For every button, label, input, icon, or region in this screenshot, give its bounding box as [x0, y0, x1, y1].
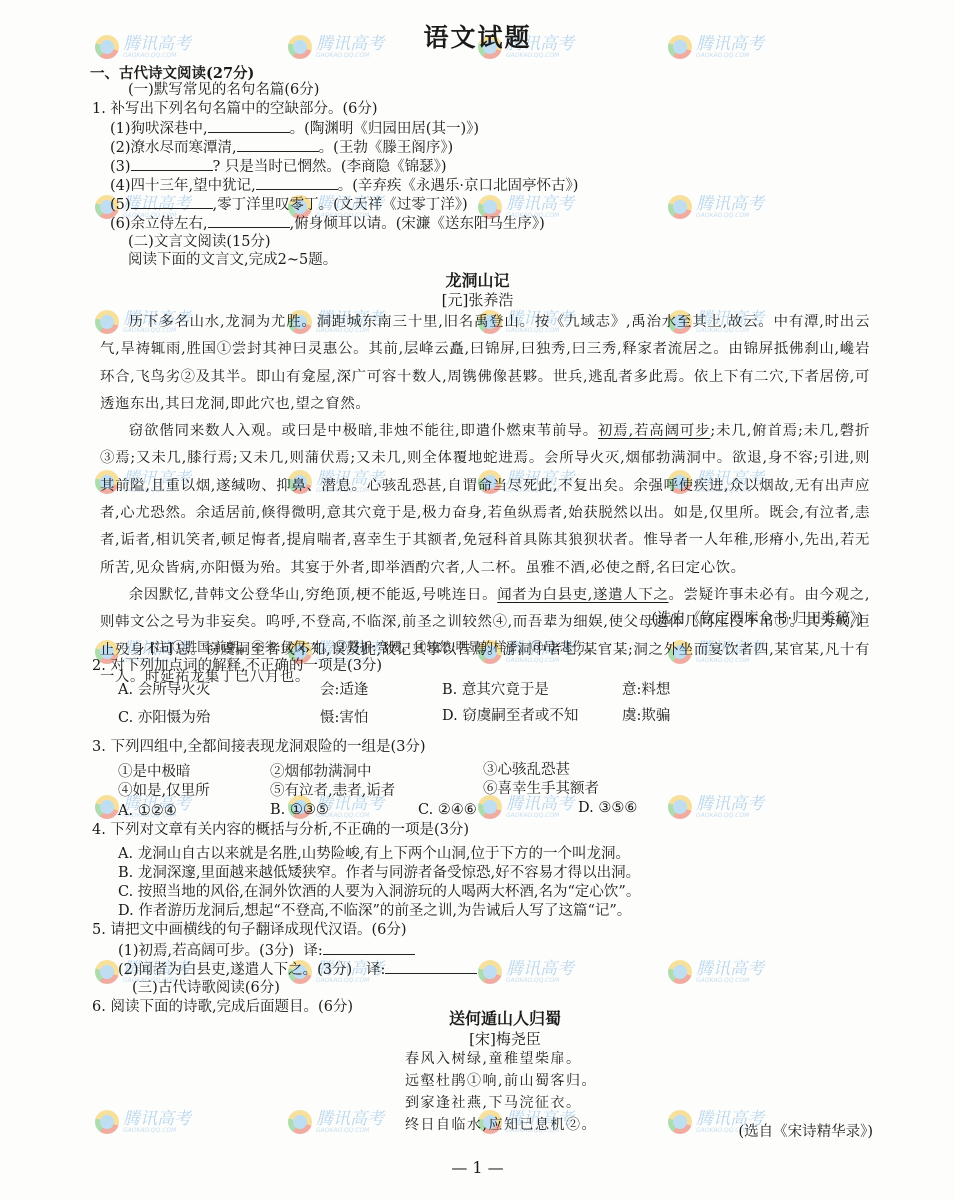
q5-prompt: 5. 请把文中画横线的句子翻译成现代汉语。(6分)	[92, 920, 406, 940]
q5-item-2: (2)闻者为白县吏,遂遣人下之。(3分) 译:	[118, 959, 477, 980]
passage-title: 龙洞山记	[0, 268, 955, 291]
q4-option-c[interactable]: C. 按照当地的风俗,在洞外饮酒的人要为入洞游玩的人喝两大杯酒,名为“定心饮”。	[118, 882, 640, 902]
watermark-logo: 腾讯高考GAOKAO.QQ.COM	[668, 960, 764, 984]
q1-prompt: 1. 补写出下列名句名篇中的空缺部分。(6分)	[92, 99, 377, 119]
q4-option-b[interactable]: B. 龙洞深邃,里面越来越低矮狭窄。作者与同游者备受惊恐,好不容易才得以出洞。	[118, 863, 640, 883]
watermark-logo: 腾讯高考GAOKAO.QQ.COM	[668, 795, 764, 819]
answer-blank[interactable]	[131, 156, 213, 171]
page-title: 语文试题	[0, 18, 955, 54]
q4-option-d[interactable]: D. 作者游历龙洞后,想起“不登高,不临深”的前圣之训,为告诫后人写了这篇“记”…	[118, 901, 631, 921]
watermark-logo: 腾讯高考GAOKAO.QQ.COM	[478, 960, 574, 984]
q1-item-1: (1)狗吠深巷中,。(陶渊明《归园田居(其一)》)	[110, 118, 479, 139]
translation-blank[interactable]	[385, 959, 477, 974]
poem-line-1: 春风入树绿,童稚望柴扉。	[405, 1048, 581, 1071]
q3-option-d[interactable]: D. ③⑤⑥	[578, 798, 637, 818]
answer-blank[interactable]	[208, 118, 290, 133]
q2-option-a[interactable]: A. 会所导火灭	[118, 680, 210, 700]
q1-item-4: (4)四十三年,望中犹记,。(辛弃疾《永遇乐·京口北固亭怀古》)	[110, 175, 578, 196]
q4-option-a[interactable]: A. 龙洞山自古以来就是名胜,山势险峻,有上下两个山洞,位于下方的一个叫龙洞。	[118, 844, 630, 864]
underlined-sentence: 闻者为白县吏,遂遣人下之	[497, 587, 668, 603]
q2-gloss-c: 慑:害怕	[320, 708, 368, 728]
tencent-logo-icon	[668, 795, 692, 819]
passage-paragraph-2: 窃欲偕同来数人入观。或曰是中极暗,非烛不能往,即遣仆燃束苇前导。初焉,若高阔可步…	[100, 418, 870, 582]
answer-blank[interactable]	[256, 175, 338, 190]
passage-author: [元]张养浩	[0, 289, 955, 310]
watermark-logo: 腾讯高考GAOKAO.QQ.COM	[95, 1110, 191, 1134]
q2-gloss-a: 会:适逢	[320, 680, 368, 700]
q2-option-b[interactable]: B. 意其穴竟于是	[442, 680, 549, 700]
q3-option-a[interactable]: A. ①②④	[118, 801, 177, 821]
tencent-logo-icon	[478, 960, 502, 984]
poem-source: (选自《宋诗精华录》)	[738, 1122, 873, 1142]
tencent-logo-icon	[95, 1110, 119, 1134]
q3-item-6: ⑥喜幸生手其额者	[483, 779, 599, 799]
poem-title: 送何遁山人归蜀	[430, 1006, 580, 1029]
part1-heading: (一)默写常见的名句名篇(6分)	[128, 80, 319, 100]
tencent-logo-icon	[668, 1110, 692, 1134]
passage-paragraph-1: 历下多名山水,龙洞为尤胜。洞距城东南三十里,旧名禹登山。按《九域志》,禹治水至其…	[100, 309, 870, 418]
part2-heading: (二)文言文阅读(15分)	[128, 232, 271, 252]
passage-notes: [注]①胜国:前朝。②劣:仅仅,才。③磬折:弯腰。④较然:明显的样子。⑤吊:悲伤…	[150, 637, 597, 655]
q3-item-3: ③心骇乱恐甚	[483, 760, 570, 780]
passage-source: (选自《钦定四库全书·归田类稿》)	[651, 609, 863, 629]
q3-item-4: ④如是,仅里所	[118, 781, 210, 801]
answer-blank[interactable]	[237, 137, 319, 152]
q3-prompt: 3. 下列四组中,全都间接表现龙洞艰险的一组是(3分)	[92, 737, 426, 757]
q3-item-1: ①是中极暗	[118, 762, 191, 782]
watermark-logo: 腾讯高考GAOKAO.QQ.COM	[668, 195, 764, 219]
poem-line-3: 到家逢社燕,下马浣征衣。	[405, 1092, 581, 1115]
q1-item-3: (3)? 只是当时已惘然。(李商隐《锦瑟》)	[110, 156, 447, 177]
q2-prompt: 2. 对下列加点词的解释,不正确的一项是(3分)	[92, 656, 382, 676]
tencent-logo-icon	[668, 960, 692, 984]
q1-item-6: (6)余立侍左右,,俯身倾耳以请。(宋濂《送东阳马生序》)	[110, 213, 545, 234]
watermark-logo: 腾讯高考GAOKAO.QQ.COM	[288, 1110, 384, 1134]
q3-item-2: ②烟郁勃满洞中	[270, 762, 372, 782]
answer-blank[interactable]	[208, 213, 290, 228]
q5-item-1: (1)初焉,若高阔可步。(3分) 译:	[118, 940, 415, 961]
underlined-sentence: 初焉,若高阔可步	[598, 423, 710, 439]
q1-item-5: (5),零丁洋里叹零丁。(文天祥《过零丁洋》)	[110, 194, 468, 215]
part2-instruction: 阅读下面的文言文,完成2~5题。	[128, 250, 337, 270]
tencent-logo-icon	[288, 1110, 312, 1134]
passage-body: 历下多名山水,龙洞为尤胜。洞距城东南三十里,旧名禹登山。按《九域志》,禹治水至其…	[100, 309, 870, 691]
q6-prompt: 6. 阅读下面的诗歌,完成后面题目。(6分)	[92, 997, 353, 1017]
q3-option-b[interactable]: B. ①③⑤	[270, 800, 329, 820]
poem-author: [宋]梅尧臣	[430, 1028, 580, 1049]
answer-blank[interactable]	[131, 194, 213, 209]
q2-gloss-b: 意:料想	[622, 680, 670, 700]
poem-line-2: 远壑杜鹃①响,前山蜀客归。	[405, 1070, 597, 1093]
q2-option-c[interactable]: C. 亦阳慑为殆	[118, 708, 210, 728]
translation-blank[interactable]	[323, 940, 415, 955]
tencent-logo-icon	[95, 960, 119, 984]
q4-prompt: 4. 下列对文章有关内容的概括与分析,不正确的一项是(3分)	[92, 820, 469, 840]
page-number: — 1 —	[0, 1158, 955, 1177]
q3-item-5: ⑤有泣者,恚者,诟者	[270, 781, 395, 801]
q3-option-c[interactable]: C. ②④⑥	[418, 800, 477, 820]
q1-item-2: (2)潦水尽而寒潭清,。(王勃《滕王阁序》)	[110, 137, 453, 158]
tencent-logo-icon	[668, 195, 692, 219]
q2-option-d[interactable]: D. 窃虞嗣至者或不知	[442, 706, 578, 726]
part3-heading: (三)古代诗歌阅读(6分)	[132, 978, 280, 998]
tencent-logo-icon	[95, 795, 119, 819]
q2-gloss-d: 虞:欺骗	[622, 706, 670, 726]
poem-line-4: 终日自临水,应知已息机②。	[405, 1114, 597, 1137]
